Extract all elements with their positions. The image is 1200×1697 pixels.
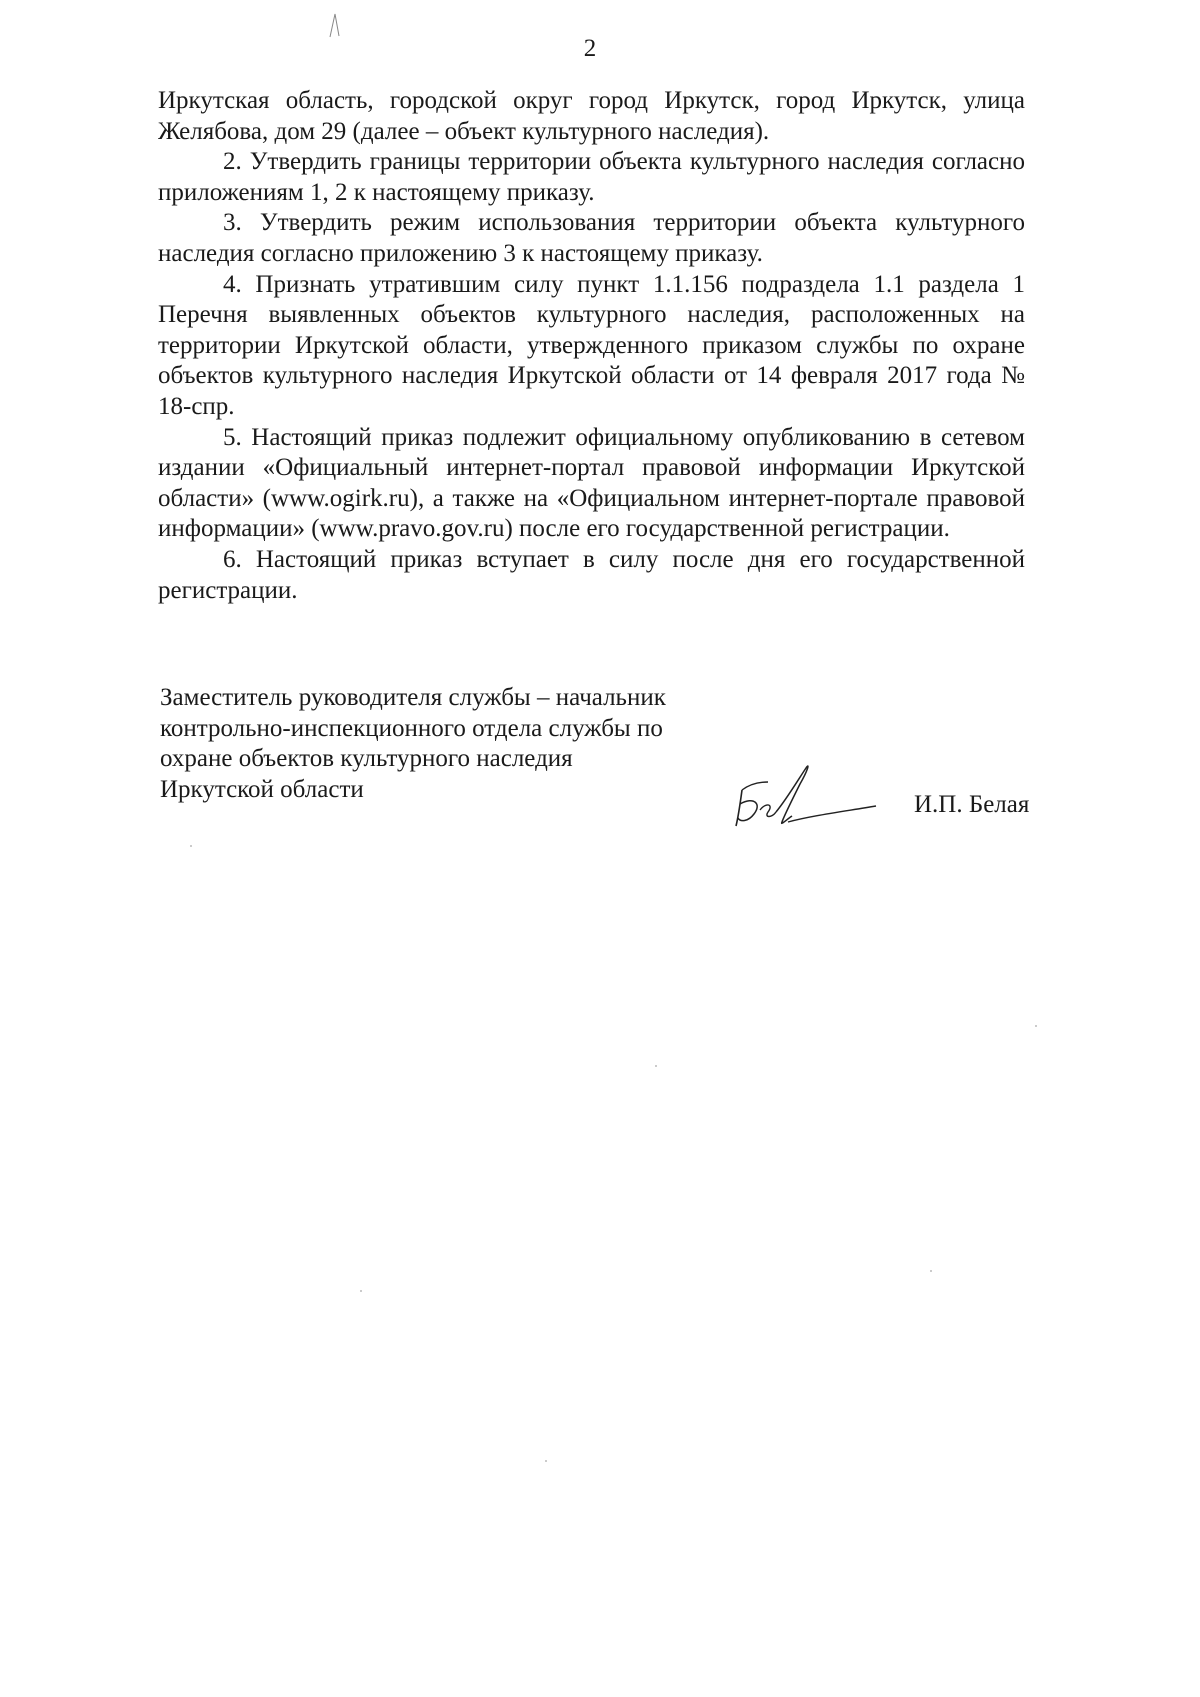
scan-speck (655, 1065, 657, 1067)
scan-speck (190, 845, 192, 847)
document-body: Иркутская область, городской округ город… (158, 86, 1025, 606)
scan-speck (360, 1290, 362, 1292)
paragraph-item-4: 4. Признать утратившим силу пункт 1.1.15… (158, 270, 1025, 423)
scan-speck (1035, 1025, 1037, 1027)
paragraph-item-2: 2. Утвердить границы территории объекта … (158, 147, 1025, 208)
signatory-position-line: охране объектов культурного наследия (160, 744, 720, 775)
scan-speck (930, 1270, 932, 1272)
scan-speck (545, 1460, 547, 1462)
signatory-position-line: Заместитель руководителя службы – началь… (160, 683, 720, 714)
paragraph-item-3: 3. Утвердить режим использования террито… (158, 208, 1025, 269)
paragraph-item-6: 6. Настоящий приказ вступает в силу посл… (158, 545, 1025, 606)
signatory-name: И.П. Белая (914, 790, 1029, 820)
signatory-position-line: Иркутской области (160, 775, 720, 806)
paragraph-continuation: Иркутская область, городской округ город… (158, 86, 1025, 147)
paragraph-item-5: 5. Настоящий приказ подлежит официальном… (158, 423, 1025, 545)
handwritten-signature-icon (720, 760, 880, 830)
signatory-position: Заместитель руководителя службы – началь… (160, 683, 720, 805)
page-number: 2 (0, 34, 1180, 64)
signatory-position-line: контрольно-инспекционного отдела службы … (160, 714, 720, 745)
